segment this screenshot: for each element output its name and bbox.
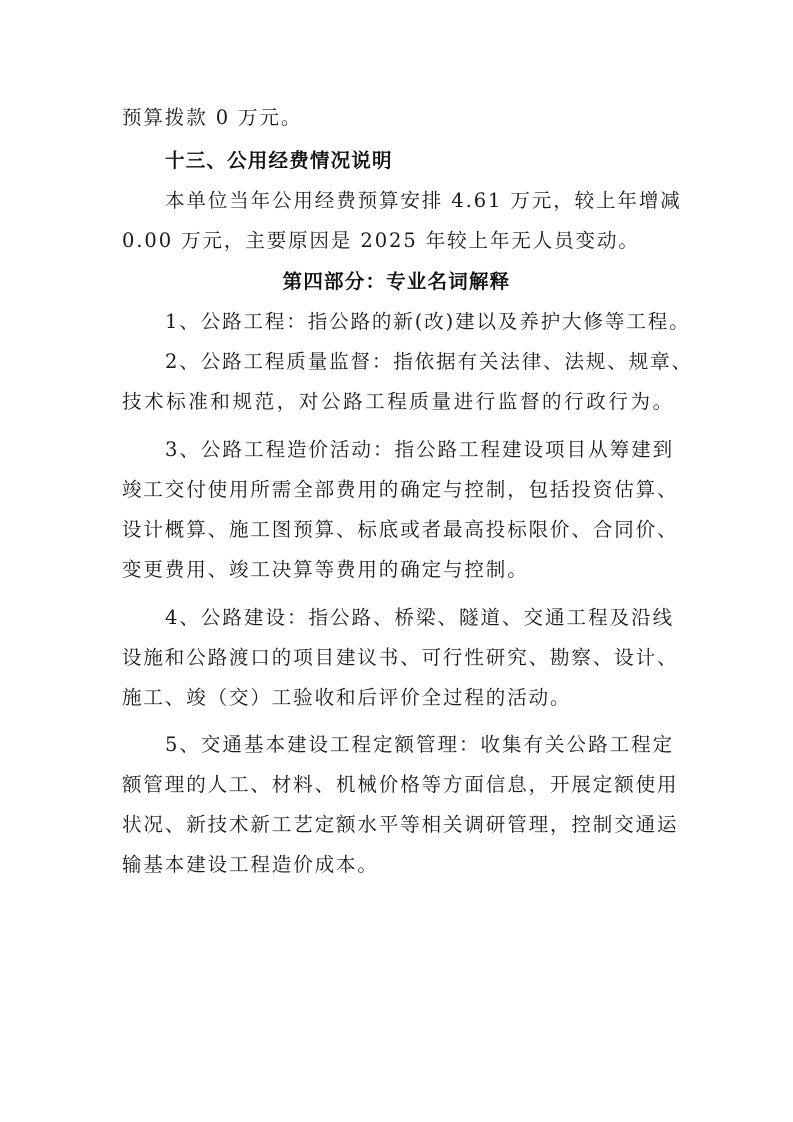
glossary-item-3-line-3: 设计概算、施工图预算、标底或者最高投标限价、合同价、 xyxy=(122,516,674,544)
glossary-item-4-line-1: 4、公路建设：指公路、桥梁、隧道、交通工程及沿线 xyxy=(165,604,674,632)
glossary-item-4-line-2: 设施和公路渡口的项目建议书、可行性研究、勘察、设计、 xyxy=(122,644,674,672)
glossary-item-4-line-3: 施工、竣（交）工验收和后评价全过程的活动。 xyxy=(122,684,674,712)
paragraph-line-public-funds-2: 0.00 万元，主要原因是 2025 年较上年无人员变动。 xyxy=(122,227,674,255)
glossary-item-5-line-1: 5、交通基本建设工程定额管理：收集有关公路工程定 xyxy=(165,731,674,759)
glossary-item-3-line-4: 变更费用、竣工决算等费用的确定与控制。 xyxy=(122,556,674,584)
glossary-item-2-line-2: 技术标准和规范，对公路工程质量进行监督的行政行为。 xyxy=(122,388,674,416)
part-heading-glossary: 第四部分：专业名词解释 xyxy=(0,268,793,296)
section-heading-public-funds: 十三、公用经费情况说明 xyxy=(165,147,393,175)
glossary-item-5-line-3: 状况、新技术新工艺定额水平等相关调研管理，控制交通运 xyxy=(122,811,674,839)
glossary-item-2-line-1: 2、公路工程质量监督：指依据有关法律、法规、规章、 xyxy=(165,348,674,376)
glossary-item-3-line-2: 竣工交付使用所需全部费用的确定与控制，包括投资估算、 xyxy=(122,476,674,504)
glossary-item-5-line-4: 输基本建设工程造价成本。 xyxy=(122,851,674,879)
paragraph-line-public-funds-1: 本单位当年公用经费预算安排 4.61 万元，较上年增减 xyxy=(165,187,674,215)
document-page: 预算拨款 0 万元。 十三、公用经费情况说明 本单位当年公用经费预算安排 4.6… xyxy=(0,0,793,1122)
glossary-item-3-line-1: 3、公路工程造价活动：指公路工程建设项目从筹建到 xyxy=(165,436,674,464)
glossary-item-5-line-2: 额管理的人工、材料、机械价格等方面信息，开展定额使用 xyxy=(122,771,674,799)
paragraph-line-budget-allocation: 预算拨款 0 万元。 xyxy=(122,104,674,132)
glossary-item-1-line-1: 1、公路工程：指公路的新(改)建以及养护大修等工程。 xyxy=(165,308,674,336)
